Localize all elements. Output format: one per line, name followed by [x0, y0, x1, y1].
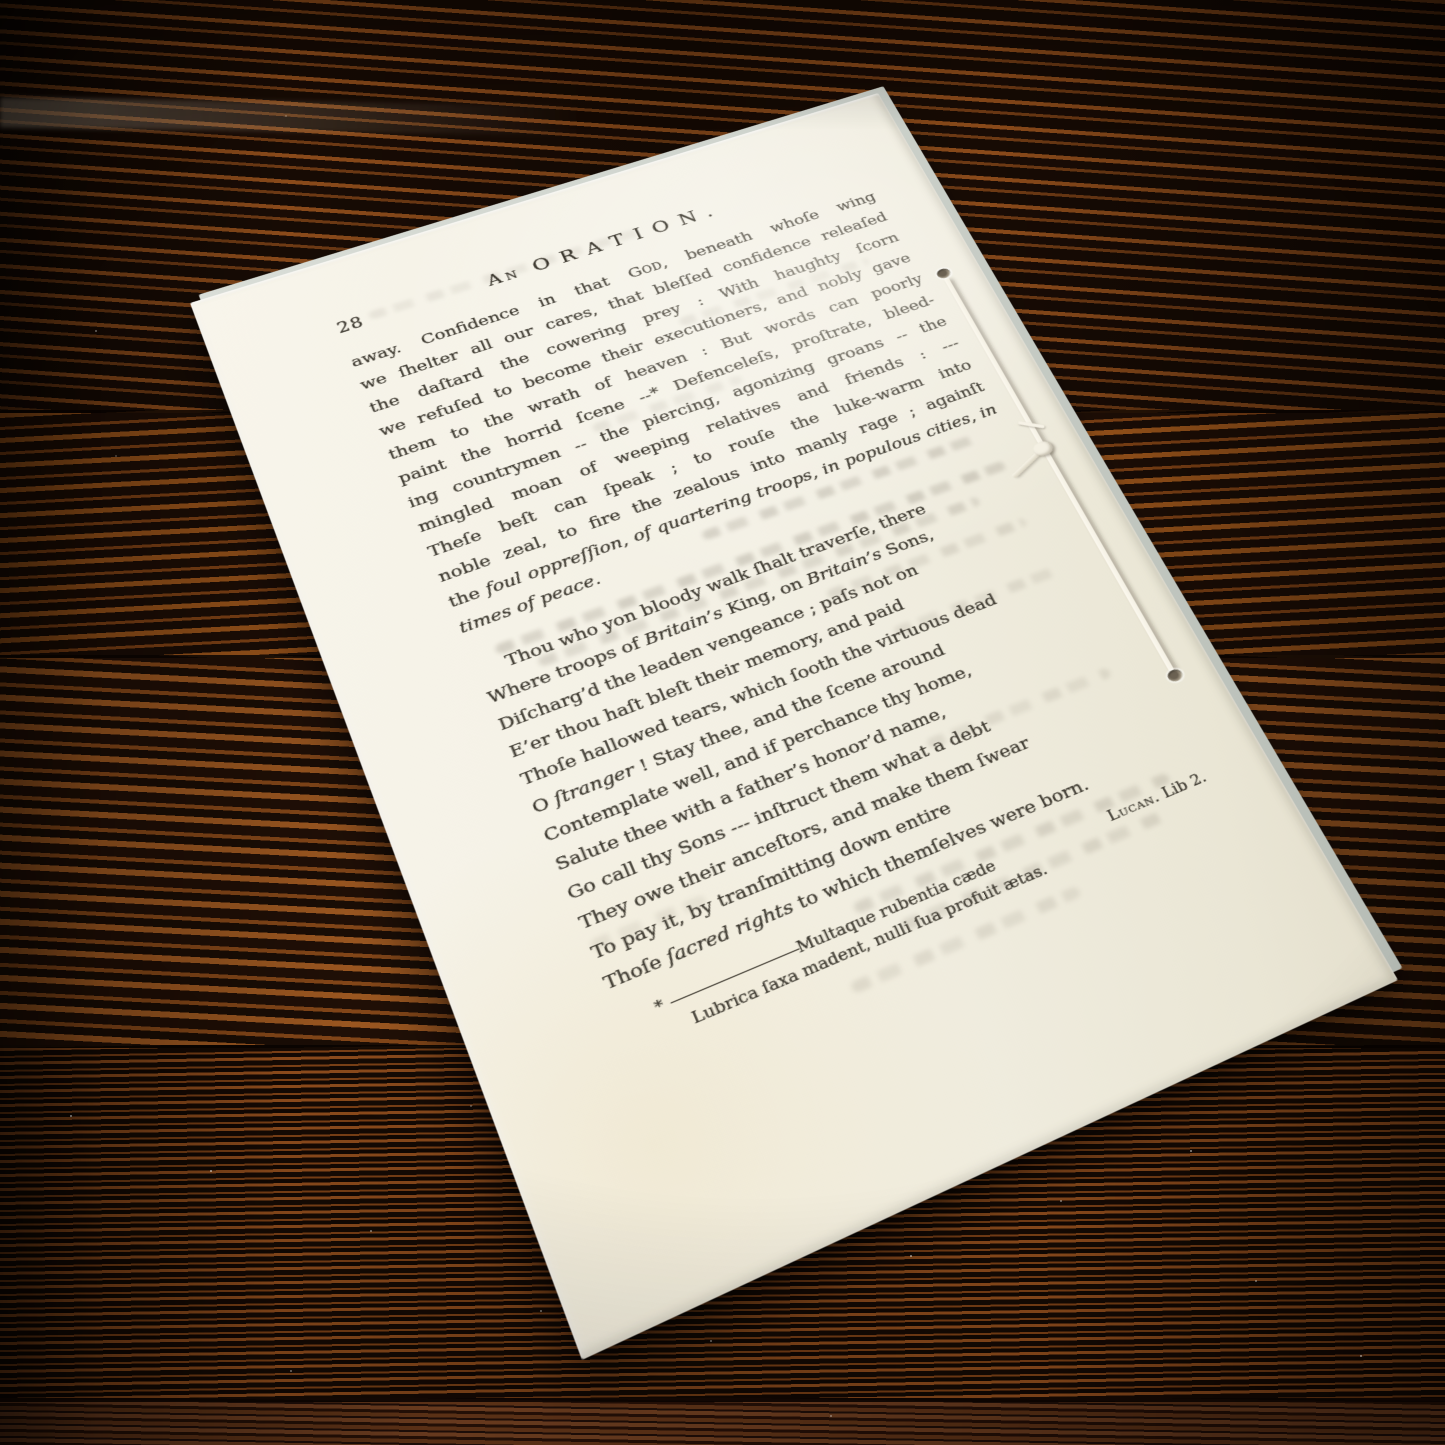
wood-plank — [0, 1398, 1445, 1445]
footnote-marker: * — [651, 994, 669, 1020]
photo-scene: 28 AnORATION. away. Confidence in that G… — [0, 0, 1445, 1445]
dust-specks — [95, 330, 97, 332]
dust-specks — [70, 1115, 72, 1117]
